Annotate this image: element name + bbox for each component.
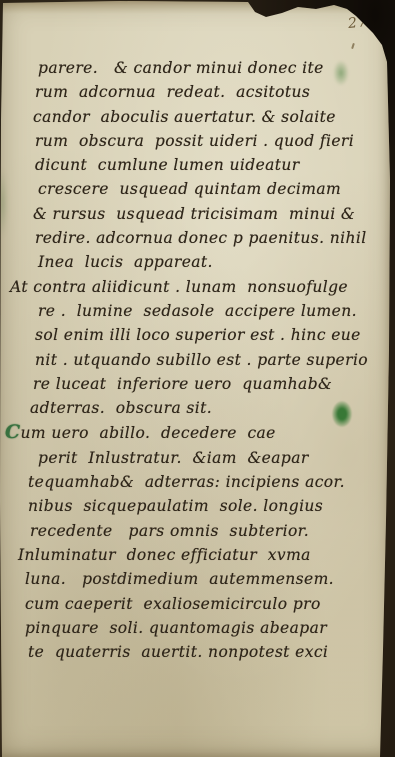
manuscript-line: tequamhab& adterras: incipiens acor.	[28, 470, 380, 494]
manuscript-line: te quaterris auertit. nonpotest exci	[28, 640, 380, 664]
parchment-page: 27 parere. & candor minui donec iterum a…	[0, 0, 395, 757]
manuscript-line: redire. adcornua donec p paenitus. nihil	[35, 226, 380, 250]
manuscript-line: re . lumine sedasole accipere lumen.	[38, 299, 380, 323]
manuscript-line: & rursus usquead tricisimam minui &	[33, 202, 380, 226]
ink-speckle	[351, 43, 355, 49]
manuscript-line: nit . utquando subillo est . parte super…	[35, 348, 380, 372]
manuscript-line: dicunt cumlune lumen uideatur	[35, 153, 380, 177]
manuscript-line: Inluminatur donec efficiatur xvma	[18, 543, 380, 567]
illuminated-initial: C	[5, 421, 21, 443]
manuscript-line: pinquare soli. quantomagis abeapar	[25, 616, 380, 640]
manuscript-line: perit Inlustratur. &iam &eapar	[38, 446, 380, 470]
manuscript-photo: 27 parere. & candor minui donec iterum a…	[0, 0, 395, 757]
manuscript-line: At contra aliidicunt . lunam nonsuofulge	[10, 275, 380, 299]
manuscript-line: candor aboculis auertatur. & solaite	[33, 105, 380, 129]
manuscript-line: re luceat inferiore uero quamhab&	[33, 372, 380, 396]
manuscript-line: luna. postdimedium autemmensem.	[25, 567, 380, 591]
green-stain-left-edge	[0, 168, 8, 238]
manuscript-line: crescere usquead quintam decimam	[38, 177, 380, 201]
manuscript-line: rum adcornua redeat. acsitotus	[35, 80, 380, 104]
manuscript-line: sol enim illi loco superior est . hinc e…	[35, 323, 380, 347]
manuscript-line: recedente pars omnis subterior.	[30, 519, 380, 543]
manuscript-line: parere. & candor minui donec ite	[38, 56, 380, 80]
manuscript-line: cum caeperit exaliosemicirculo pro	[25, 592, 380, 616]
manuscript-line: adterras. obscura sit.	[30, 396, 380, 420]
manuscript-line: rum obscura possit uideri . quod fieri	[35, 129, 380, 153]
manuscript-line: Cum uero abillo. decedere cae	[5, 420, 380, 445]
manuscript-line: nibus sicquepaulatim sole. longius	[28, 494, 380, 518]
manuscript-line: Inea lucis appareat.	[38, 250, 380, 274]
manuscript-text-block: parere. & candor minui donec iterum adco…	[8, 56, 380, 664]
